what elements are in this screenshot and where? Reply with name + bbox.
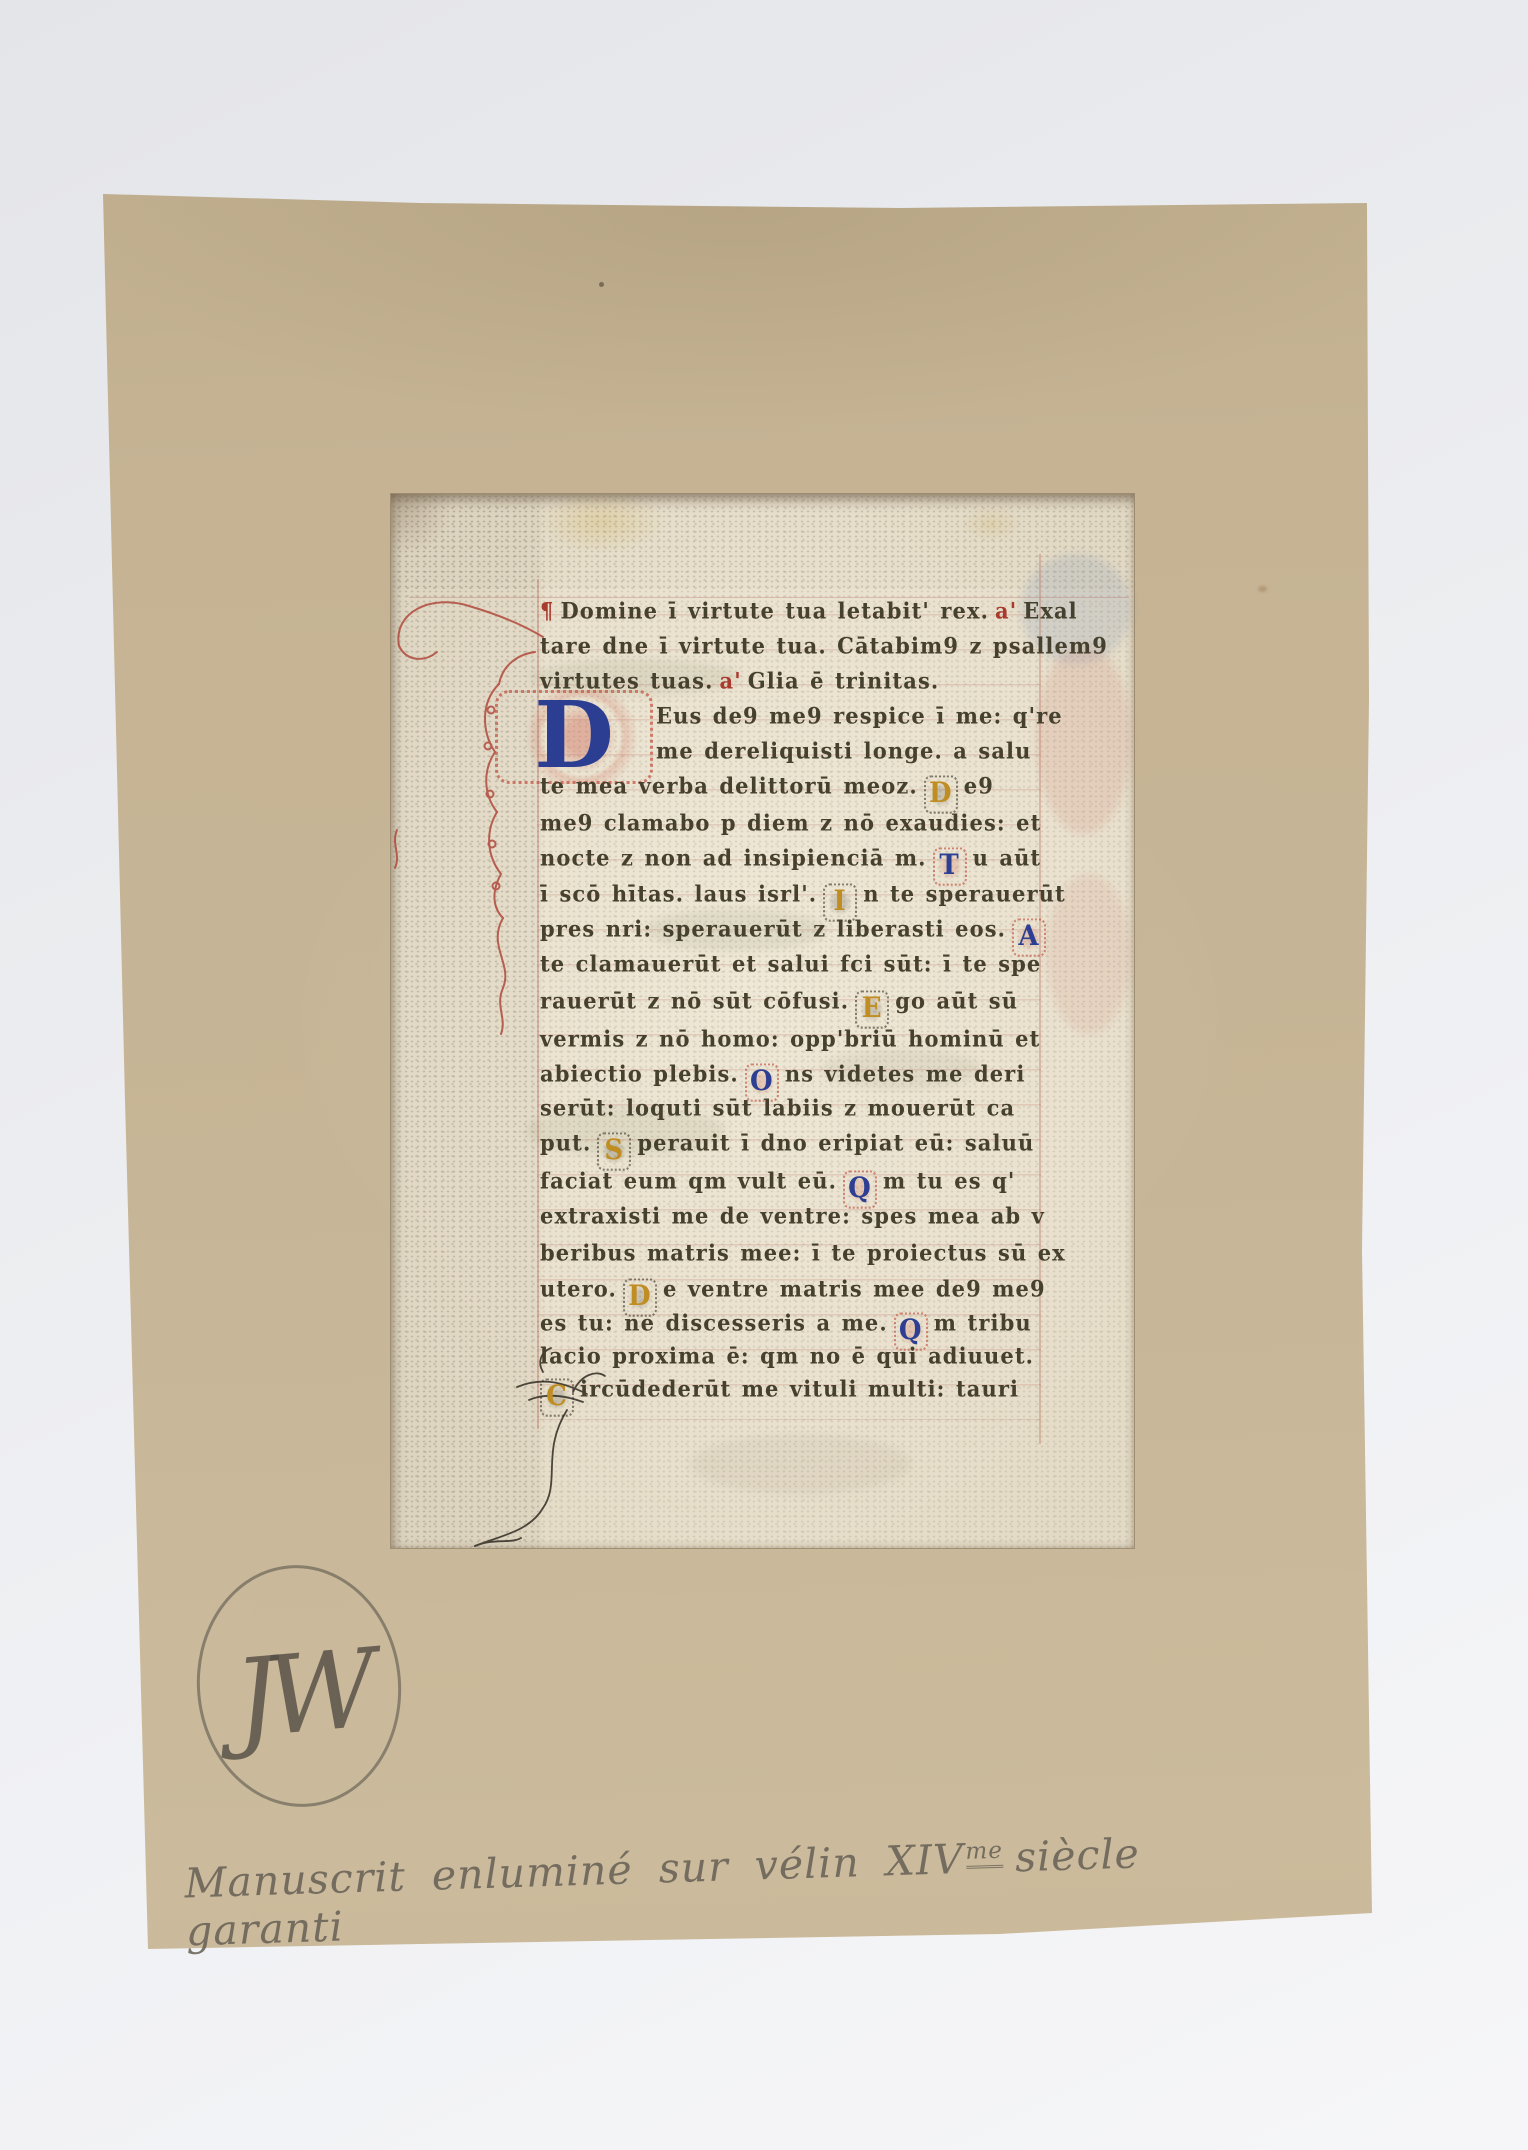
rubric-segment: a': [995, 597, 1017, 624]
text-segment: te clamauerūt et salui fci sūt: ī te spe: [540, 950, 1041, 977]
manuscript-line: Circūdederūt me vituli multi: tauri: [540, 1374, 1045, 1406]
drop-cap-initial: D: [495, 690, 653, 784]
manuscript-line: serūt: loquti sūt labiis z mouerūt ca: [540, 1093, 1045, 1125]
manuscript-line: te clamauerūt et salui fci sūt: ī te spe: [540, 949, 1045, 981]
text-segment: Eus de9 me9 respice ī me: q're: [656, 702, 1063, 729]
manuscript-line: te mea verba delittorū meoz.De9: [540, 771, 1045, 803]
stain-spot: [1258, 586, 1267, 592]
rubric-segment: ¶: [540, 597, 554, 624]
text-segment: ī scō hītas. laus isrl'.: [540, 880, 817, 907]
text-segment: lacio proxima ē: qm no ē qui adiuuet.: [540, 1342, 1034, 1369]
text-segment: e9: [964, 772, 994, 799]
manuscript-line: me dereliquisti longe. a salu: [656, 736, 1046, 768]
rubric-segment: a': [720, 667, 742, 694]
text-segment: me9 clamabo p diem z nō exaudies: et: [540, 809, 1041, 836]
text-segment: te mea verba delittorū meoz.: [540, 772, 918, 799]
vellum-texture: [391, 494, 1134, 589]
text-segment: abiectio plebis.: [540, 1060, 739, 1087]
manuscript-line: es tu: ne discesseris a me.Qm tribu: [540, 1308, 1045, 1340]
manuscript-line: beribus matris mee: ī te proiectus sū ex: [540, 1238, 1045, 1270]
text-segment: ns videtes me deri: [785, 1060, 1026, 1087]
text-segment: extraxisti me de ventre: spes mea ab v: [540, 1202, 1045, 1229]
manuscript-line: virtutes tuas.a'Glia ē trinitas.: [540, 666, 1045, 698]
vellum-texture: [391, 494, 541, 1548]
text-segment: beribus matris mee: ī te proiectus sū ex: [540, 1239, 1066, 1266]
inscription-superscript: me: [965, 1838, 1003, 1869]
text-segment: Exal: [1023, 597, 1078, 624]
text-segment: Domine ī virtute tua letabit' rex.: [560, 597, 989, 624]
text-segment: vermis z nō homo: opp'briū hominū et: [540, 1025, 1040, 1052]
manuscript-line: Eus de9 me9 respice ī me: q're: [656, 701, 1046, 733]
manuscript-line: me9 clamabo p diem z nō exaudies: et: [540, 808, 1045, 840]
manuscript-line: rauerūt z nō sūt cōfusi.Ego aūt sū: [540, 986, 1045, 1018]
manuscript-line: ī scō hītas. laus isrl'.In te sperauerūt: [540, 879, 1045, 911]
manuscript-line: put.Sperauit ī dno eripiat eū: saluū: [540, 1128, 1045, 1160]
text-segment: virtutes tuas.: [540, 667, 714, 694]
manuscript-leaf: D ¶Domine ī virtute tua letabit' rex.a'E…: [391, 494, 1134, 1548]
show-through-patch: [1036, 644, 1131, 834]
text-segment: perauit ī dno eripiat eū: saluū: [637, 1129, 1034, 1156]
text-segment: go aūt sū: [895, 987, 1018, 1014]
text-segment: e ventre matris mee de9 me9: [663, 1275, 1046, 1302]
manuscript-line: lacio proxima ē: qm no ē qui adiuuet.: [540, 1341, 1045, 1373]
text-segment: nocte z non ad insipienciā m.: [540, 844, 927, 871]
text-segment: ircūdederūt me vituli multi: tauri: [580, 1375, 1019, 1402]
manuscript-line: tare dne ī virtute tua. Cātabim9 z psall…: [540, 631, 1045, 663]
stain-spot: [599, 282, 604, 287]
photograph-background: D ¶Domine ī virtute tua letabit' rex.a'E…: [0, 0, 1528, 2150]
text-segment: tare dne ī virtute tua. Cātabim9 z psall…: [540, 632, 1108, 659]
text-segment: es tu: ne discesseris a me.: [540, 1309, 888, 1336]
text-segment: put.: [540, 1129, 591, 1156]
text-segment: u aūt: [973, 844, 1042, 871]
text-segment: n te sperauerūt: [863, 880, 1066, 907]
manuscript-line: pres nri: sperauerūt z liberasti eos.A: [540, 914, 1045, 946]
text-segment: m tribu: [934, 1309, 1032, 1336]
text-segment: Glia ē trinitas.: [748, 667, 940, 694]
manuscript-line: vermis z nō homo: opp'briū hominū et: [540, 1024, 1045, 1056]
text-segment: utero.: [540, 1275, 617, 1302]
text-segment: serūt: loquti sūt labiis z mouerūt ca: [540, 1094, 1015, 1121]
collector-monogram: JW: [229, 1627, 370, 1763]
manuscript-line: faciat eum qm vult eū.Qm tu es q': [540, 1166, 1045, 1198]
manuscript-line: extraxisti me de ventre: spes mea ab v: [540, 1201, 1045, 1233]
illuminated-initial: C: [540, 1378, 574, 1417]
text-segment: faciat eum qm vult eū.: [540, 1167, 837, 1194]
manuscript-line: utero.De ventre matris mee de9 me9: [540, 1274, 1045, 1306]
text-segment: rauerūt z nō sūt cōfusi.: [540, 987, 849, 1014]
text-segment: pres nri: sperauerūt z liberasti eos.: [540, 915, 1006, 942]
text-segment: m tu es q': [883, 1167, 1015, 1194]
manuscript-line: abiectio plebis.Ons videtes me deri: [540, 1059, 1045, 1091]
show-through-patch: [691, 1434, 911, 1494]
manuscript-line: nocte z non ad insipienciā m.Tu aūt: [540, 843, 1045, 875]
text-segment: me dereliquisti longe. a salu: [656, 737, 1031, 764]
manuscript-line: ¶Domine ī virtute tua letabit' rex.a'Exa…: [540, 596, 1045, 628]
